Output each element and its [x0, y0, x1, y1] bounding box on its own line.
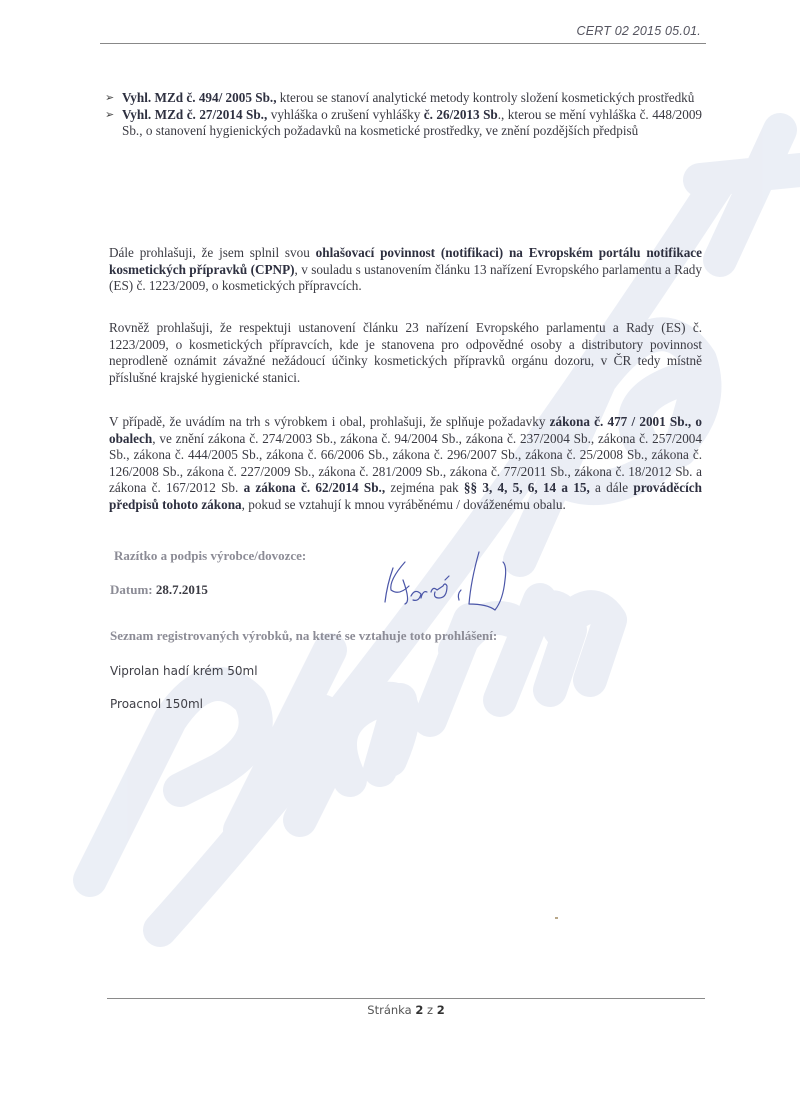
handwritten-signature [375, 540, 525, 615]
product-item: Viprolan hadí krém 50ml [110, 664, 258, 678]
footer-divider [107, 998, 705, 999]
article23-paragraph: Rovněž prohlašuji, že respektuji ustanov… [109, 320, 702, 386]
page-number: Stránka 2 z 2 [0, 1003, 800, 1017]
notification-paragraph: Dále prohlašuji, že jsem splnil svou ohl… [109, 245, 702, 295]
list-item: ➢ Vyhl. MZd č. 494/ 2005 Sb., kterou se … [105, 90, 702, 107]
product-item: Proacnol 150ml [110, 697, 203, 711]
scan-speck [555, 917, 558, 919]
date-line: Datum: 28.7.2015 [110, 582, 208, 598]
registered-products-label: Seznam registrovaných výrobků, na které … [110, 628, 497, 644]
stamp-signature-label: Razítko a podpis výrobce/dovozce: [114, 548, 306, 564]
header-divider [100, 43, 706, 44]
date-label: Datum: [110, 582, 156, 597]
arrow-bullet-icon: ➢ [105, 107, 114, 124]
legislation-list: ➢ Vyhl. MZd č. 494/ 2005 Sb., kterou se … [105, 90, 702, 140]
date-value: 28.7.2015 [156, 582, 208, 597]
document-code: CERT 02 2015 05.01. [577, 24, 702, 38]
list-item: ➢ Vyhl. MZd č. 27/2014 Sb., vyhláška o z… [105, 107, 702, 140]
arrow-bullet-icon: ➢ [105, 90, 114, 107]
packaging-paragraph: V případě, že uvádím na trh s výrobkem i… [109, 414, 702, 513]
